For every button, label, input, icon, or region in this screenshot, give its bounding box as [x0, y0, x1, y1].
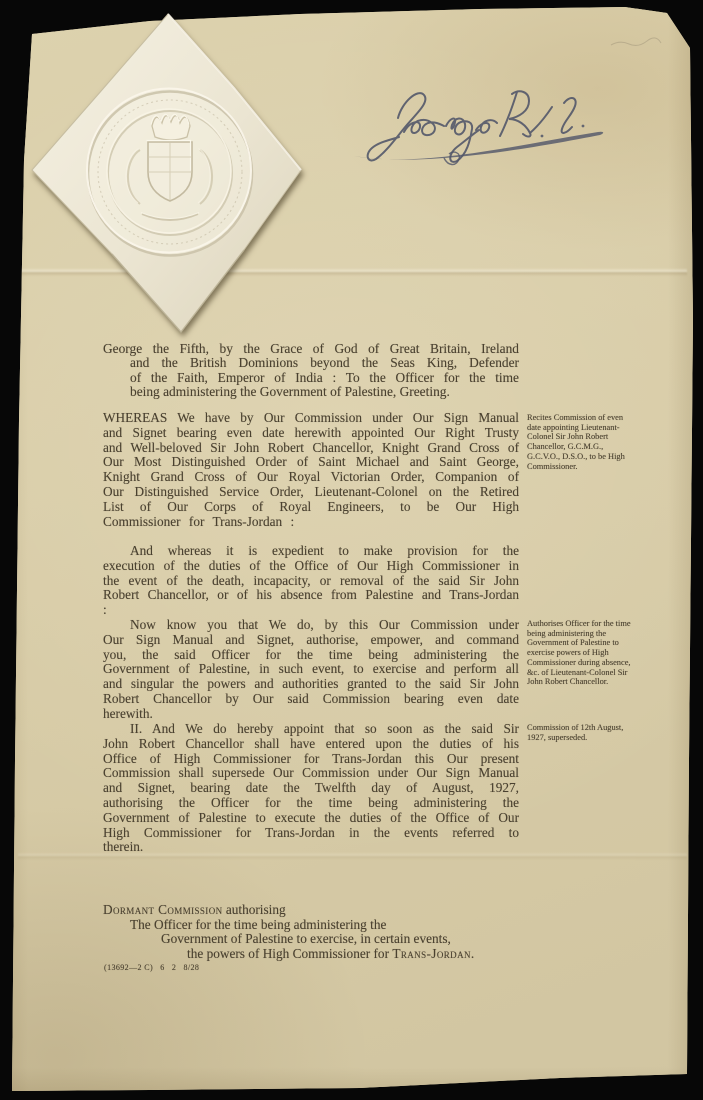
- docket-heading-rest: authorising: [223, 902, 286, 917]
- photo-stage: George the Fifth, by the Grace of God of…: [0, 0, 703, 1100]
- title-line: of the Faith, Emperor of India : To the …: [103, 371, 519, 385]
- docket-heading-smallcaps: Dormant Commission: [103, 902, 223, 917]
- royal-signature: [352, 74, 614, 170]
- commission-paragraph-authorisation: Now know you that We do, by this Our Com…: [103, 618, 519, 722]
- printer-code: (13692—2 C) 6 2 8/28: [104, 963, 199, 972]
- docket-line: Government of Palestine to exercise, in …: [103, 932, 583, 947]
- margin-note-recites: Recites Commission of even date appointi…: [527, 413, 633, 471]
- signature-icon: [352, 74, 614, 170]
- docket-heading: Dormant Commission authorising: [103, 903, 583, 918]
- commission-paragraph-supersession: II. And We do hereby appoint that so soo…: [103, 722, 519, 855]
- royal-seal-wafer: [8, 0, 328, 345]
- commission-paragraph-recital: WHEREAS We have by Our Commission under …: [103, 411, 519, 529]
- margin-note-superseded: Commission of 12th August, 1927, superse…: [527, 723, 633, 742]
- docket-line: the powers of High Commissioner for Tran…: [103, 947, 583, 962]
- royal-coat-of-arms-seal-icon: [8, 0, 328, 345]
- docket-title: Dormant Commission authorising The Offic…: [103, 903, 583, 961]
- commission-paragraph-expediency: And whereas it is expedient to make prov…: [103, 544, 519, 618]
- margin-note-authorises: Authorises Officer for the time being ad…: [527, 619, 633, 687]
- docket-line-prefix: the powers of High Commissioner for: [187, 946, 392, 961]
- title-line: and the British Dominions beyond the Sea…: [103, 356, 519, 370]
- docket-line-smallcaps: Trans-Jordan.: [392, 946, 474, 961]
- docket-line: The Officer for the time being administe…: [103, 918, 583, 933]
- royal-style-title: George the Fifth, by the Grace of God of…: [103, 342, 519, 400]
- title-line: being administering the Government of Pa…: [103, 385, 519, 399]
- pencil-annotation: [608, 36, 678, 52]
